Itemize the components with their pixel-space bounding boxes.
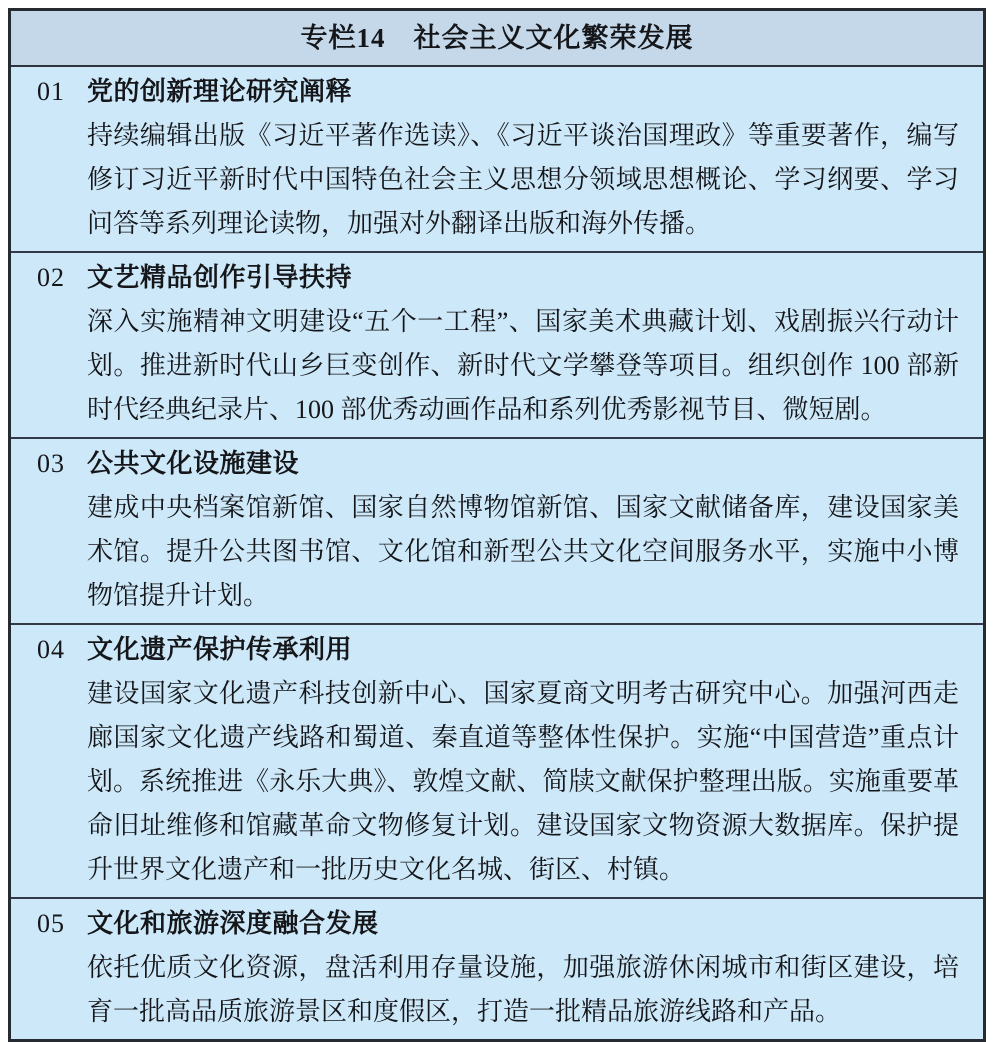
- section-05-header: 05 文化和旅游深度融合发展: [37, 902, 959, 946]
- section-05-heading: 文化和旅游深度融合发展: [87, 902, 379, 946]
- section-03: 03 公共文化设施建设 建成中央档案馆新馆、国家自然博物馆新馆、国家文献储备库，…: [11, 439, 983, 625]
- section-04-header: 04 文化遗产保护传承利用: [37, 628, 959, 672]
- section-01: 01 党的创新理论研究阐释 持续编辑出版《习近平著作选读》、《习近平谈治国理政》…: [11, 67, 983, 253]
- section-02-body: 深入实施精神文明建设“五个一工程”、国家美术典藏计划、戏剧振兴行动计划。推进新时…: [87, 300, 959, 432]
- section-03-header: 03 公共文化设施建设: [37, 442, 959, 486]
- section-02-header: 02 文艺精品创作引导扶持: [37, 256, 959, 300]
- section-03-body: 建成中央档案馆新馆、国家自然博物馆新馆、国家文献储备库，建设国家美术馆。提升公共…: [87, 486, 959, 618]
- section-01-heading: 党的创新理论研究阐释: [87, 70, 352, 114]
- section-03-number: 03: [37, 442, 87, 486]
- section-02-heading: 文艺精品创作引导扶持: [87, 256, 352, 300]
- section-02-number: 02: [37, 256, 87, 300]
- section-03-heading: 公共文化设施建设: [87, 442, 299, 486]
- section-01-number: 01: [37, 70, 87, 114]
- section-04: 04 文化遗产保护传承利用 建设国家文化遗产科技创新中心、国家夏商文明考古研究中…: [11, 625, 983, 899]
- section-04-number: 04: [37, 628, 87, 672]
- section-05: 05 文化和旅游深度融合发展 依托优质文化资源，盘活利用存量设施，加强旅游休闲城…: [11, 899, 983, 1039]
- section-01-header: 01 党的创新理论研究阐释: [37, 70, 959, 114]
- section-04-body: 建设国家文化遗产科技创新中心、国家夏商文明考古研究中心。加强河西走廊国家文化遗产…: [87, 672, 959, 892]
- section-04-heading: 文化遗产保护传承利用: [87, 628, 352, 672]
- column-14-table: 专栏14 社会主义文化繁荣发展 01 党的创新理论研究阐释 持续编辑出版《习近平…: [8, 8, 986, 1042]
- section-01-body: 持续编辑出版《习近平著作选读》、《习近平谈治国理政》等重要著作，编写修订习近平新…: [87, 114, 959, 246]
- section-05-number: 05: [37, 902, 87, 946]
- section-02: 02 文艺精品创作引导扶持 深入实施精神文明建设“五个一工程”、国家美术典藏计划…: [11, 253, 983, 439]
- section-05-body: 依托优质文化资源，盘活利用存量设施，加强旅游休闲城市和街区建设，培育一批高品质旅…: [87, 946, 959, 1034]
- table-title: 专栏14 社会主义文化繁荣发展: [11, 11, 983, 67]
